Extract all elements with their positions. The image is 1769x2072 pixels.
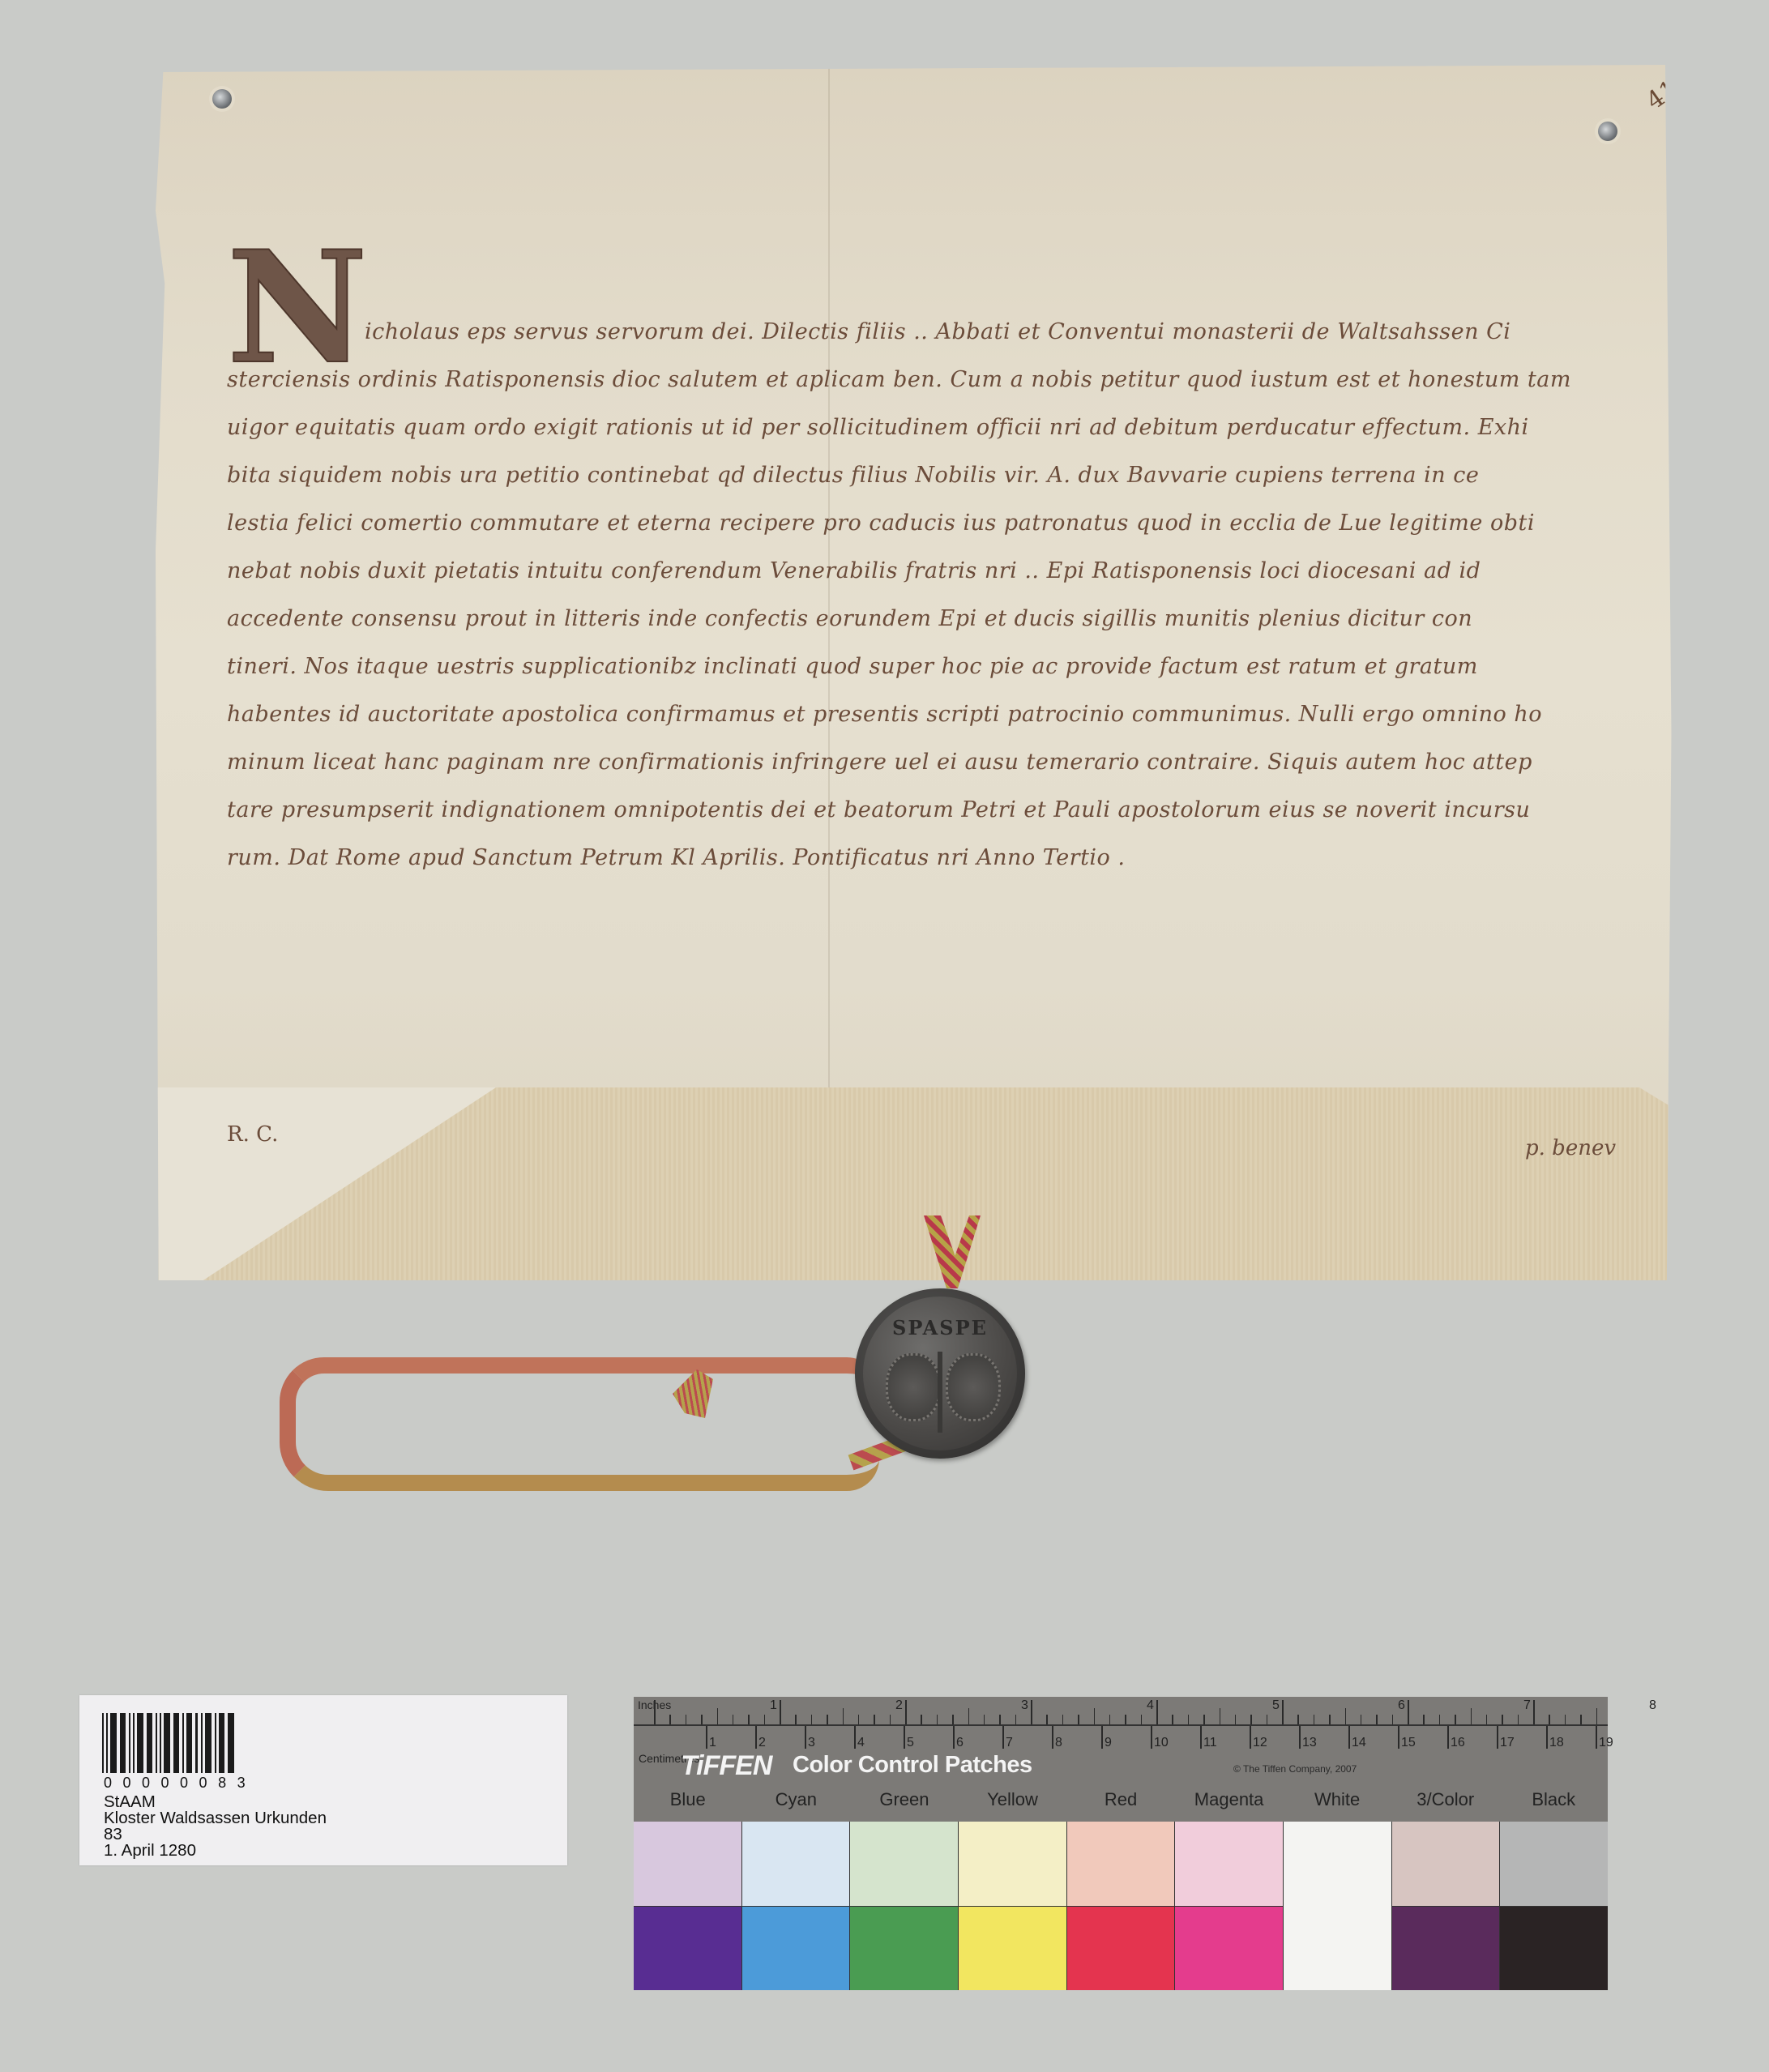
ruler-tick bbox=[1345, 1708, 1347, 1724]
text-line: uigor equitatis quam ordo exigit rationi… bbox=[227, 404, 1653, 451]
text-line: rum. Dat Rome apud Sanctum Petrum Kl Apr… bbox=[227, 834, 1653, 882]
patch-dark bbox=[1500, 1906, 1608, 1991]
ruler-tick bbox=[1596, 1726, 1597, 1749]
barcode-bar bbox=[120, 1713, 126, 1773]
margin-note-right: p. benev bbox=[1525, 1136, 1616, 1160]
color-patches bbox=[634, 1822, 1608, 1990]
patch-label: Yellow bbox=[959, 1789, 1067, 1810]
mounting-pin-icon bbox=[1598, 122, 1617, 141]
inch-tick-label: 7 bbox=[1523, 1698, 1531, 1713]
ruler-tick bbox=[1361, 1715, 1362, 1724]
patch-light bbox=[742, 1822, 850, 1906]
ruler-tick bbox=[1376, 1715, 1378, 1724]
patch-label: Red bbox=[1066, 1789, 1175, 1810]
ruler-tick bbox=[755, 1726, 757, 1749]
barcode-bar bbox=[186, 1713, 192, 1773]
ruler-tick bbox=[1392, 1715, 1394, 1724]
patch-dark bbox=[1175, 1906, 1283, 1991]
label-archive: StAAM bbox=[104, 1794, 327, 1810]
patch-labels: BlueCyanGreenYellowRedMagentaWhite3/Colo… bbox=[634, 1789, 1608, 1810]
ruler-tick bbox=[669, 1715, 671, 1724]
text-line: tare presumpserit indignationem omnipote… bbox=[227, 786, 1653, 834]
ruler-tick bbox=[1031, 1700, 1032, 1724]
label-collection: Kloster Waldsassen Urkunden bbox=[104, 1810, 327, 1826]
ruler-tick bbox=[1109, 1715, 1111, 1724]
lead-seal-bulla: SPASPE bbox=[855, 1288, 1025, 1459]
ruler-tick bbox=[701, 1715, 703, 1724]
ruler-tick bbox=[1282, 1700, 1284, 1724]
ruler-tick bbox=[904, 1726, 905, 1749]
cm-tick-label: 14 bbox=[1352, 1736, 1366, 1750]
ruler-tick bbox=[1002, 1726, 1004, 1749]
inch-tick-label: 1 bbox=[770, 1698, 777, 1713]
patch-label: White bbox=[1283, 1789, 1391, 1810]
ruler-tick bbox=[1299, 1726, 1301, 1749]
patch-label: Green bbox=[850, 1789, 959, 1810]
ruler-tick bbox=[1220, 1708, 1221, 1724]
ruler-tick bbox=[733, 1715, 734, 1724]
ruler-tick bbox=[1329, 1715, 1331, 1724]
ruler-tick bbox=[1250, 1726, 1251, 1749]
ruler-tick bbox=[1533, 1700, 1535, 1724]
text-line: accedente consensu prout in litteris ind… bbox=[227, 595, 1653, 643]
cm-tick-label: 19 bbox=[1599, 1736, 1613, 1750]
ruler-tick bbox=[1235, 1715, 1237, 1724]
ruler-tick bbox=[1502, 1715, 1503, 1724]
ruler-tick bbox=[1267, 1715, 1268, 1724]
patch-column-yellow bbox=[958, 1822, 1066, 1990]
patch-dark bbox=[742, 1906, 850, 1991]
cm-tick-label: 6 bbox=[956, 1736, 964, 1750]
ruler-tick bbox=[1141, 1715, 1143, 1724]
ruler-tick bbox=[811, 1715, 813, 1724]
barcode-bar bbox=[219, 1713, 224, 1773]
inch-tick-label: 6 bbox=[1398, 1698, 1405, 1713]
tiffen-logo: TiFFEN bbox=[681, 1750, 771, 1782]
ruler-tick bbox=[1015, 1715, 1017, 1724]
charter-parchment: 41 N icholaus eps servus servorum dei. D… bbox=[156, 65, 1677, 1280]
ruler-tick bbox=[1408, 1700, 1409, 1724]
ruler-tick bbox=[968, 1708, 970, 1724]
ruler-tick bbox=[1052, 1726, 1053, 1749]
ruler-tick bbox=[1094, 1708, 1096, 1724]
patch-label: Magenta bbox=[1175, 1789, 1284, 1810]
cm-tick-label: 3 bbox=[808, 1736, 815, 1750]
patch-column-green bbox=[849, 1822, 958, 1990]
patch-column-blue bbox=[634, 1822, 741, 1990]
inch-tick-label: 8 bbox=[1649, 1698, 1656, 1713]
patch-light bbox=[1500, 1822, 1608, 1906]
ruler-tick bbox=[1348, 1726, 1350, 1749]
cm-tick-label: 11 bbox=[1203, 1736, 1217, 1750]
cm-tick-label: 13 bbox=[1302, 1736, 1317, 1750]
ruler-tick bbox=[780, 1700, 781, 1724]
ruler-tick bbox=[1439, 1715, 1441, 1724]
patch-dark bbox=[1067, 1906, 1175, 1991]
ruler-tick bbox=[1546, 1726, 1548, 1749]
cm-tick-label: 4 bbox=[857, 1736, 865, 1750]
ruler-tick bbox=[805, 1726, 806, 1749]
ruler-tick bbox=[1565, 1715, 1566, 1724]
target-title: Color Control Patches bbox=[793, 1752, 1032, 1779]
archive-label: 00000083 StAAM Kloster Waldsassen Urkund… bbox=[79, 1695, 567, 1865]
cm-tick-label: 8 bbox=[1055, 1736, 1062, 1750]
silk-cord-loop bbox=[280, 1357, 879, 1491]
text-line: minum liceat hanc paginam nre confirmati… bbox=[227, 738, 1653, 786]
ruler-tick bbox=[1549, 1715, 1550, 1724]
ruler-tick bbox=[1471, 1708, 1472, 1724]
cm-tick-label: 15 bbox=[1401, 1736, 1416, 1750]
patch-label: Black bbox=[1500, 1789, 1609, 1810]
ruler-tick bbox=[1423, 1715, 1425, 1724]
inch-ruler: Inches 12345678 bbox=[634, 1697, 1608, 1726]
patch-label: 3/Color bbox=[1391, 1789, 1500, 1810]
seal-cross-icon bbox=[938, 1352, 942, 1433]
patch-column-cyan bbox=[741, 1822, 850, 1990]
ruler-tick bbox=[937, 1715, 938, 1724]
patch-light bbox=[1284, 1822, 1391, 1906]
ruler-tick bbox=[1151, 1726, 1152, 1749]
color-target-header: Inches 12345678 123456789101112131415161… bbox=[634, 1697, 1608, 1825]
ruler-tick bbox=[1455, 1715, 1456, 1724]
text-line: lestia felici comertio commutare et eter… bbox=[227, 499, 1653, 547]
ruler-tick bbox=[795, 1715, 797, 1724]
barcode-bar bbox=[137, 1713, 143, 1773]
cm-tick-label: 10 bbox=[1154, 1736, 1169, 1750]
barcode-bar bbox=[164, 1713, 170, 1773]
patch-column-black bbox=[1499, 1822, 1608, 1990]
ruler-tick bbox=[827, 1715, 828, 1724]
barcode-bar bbox=[110, 1713, 117, 1773]
cm-tick-label: 18 bbox=[1549, 1736, 1564, 1750]
inch-tick-label: 4 bbox=[1147, 1698, 1154, 1713]
ruler-tick bbox=[874, 1715, 875, 1724]
patch-dark bbox=[1284, 1906, 1391, 1990]
cm-tick-label: 2 bbox=[758, 1736, 766, 1750]
patch-column-3-color bbox=[1391, 1822, 1500, 1990]
seal-legend: SPASPE bbox=[855, 1316, 1025, 1339]
label-text: StAAM Kloster Waldsassen Urkunden 83 1. … bbox=[104, 1794, 327, 1859]
margin-note-left: R. C. bbox=[227, 1122, 278, 1147]
patch-light bbox=[634, 1822, 741, 1906]
text-line: sterciensis ordinis Ratisponensis dioc s… bbox=[227, 356, 1653, 404]
ruler-tick bbox=[686, 1715, 687, 1724]
inch-tick-label: 3 bbox=[1021, 1698, 1028, 1713]
barcode-bar bbox=[173, 1713, 179, 1773]
patch-column-white bbox=[1283, 1822, 1391, 1990]
patch-column-red bbox=[1066, 1822, 1175, 1990]
ruler-tick bbox=[1125, 1715, 1126, 1724]
corner-number: 41 bbox=[1641, 75, 1682, 116]
cm-tick-label: 1 bbox=[709, 1736, 716, 1750]
seal-head-peter-icon bbox=[946, 1353, 1001, 1421]
ruler-tick bbox=[1497, 1726, 1498, 1749]
barcode-digits: 00000083 bbox=[104, 1775, 256, 1792]
barcode-icon bbox=[102, 1713, 234, 1773]
ruler-tick bbox=[1250, 1715, 1252, 1724]
patch-dark bbox=[850, 1906, 958, 1991]
ruler-tick bbox=[1518, 1715, 1519, 1724]
ruler-tick bbox=[1580, 1715, 1582, 1724]
ruler-tick bbox=[1398, 1726, 1399, 1749]
ruler-tick bbox=[1203, 1715, 1205, 1724]
patch-dark bbox=[634, 1906, 741, 1991]
inch-tick-label: 2 bbox=[895, 1698, 903, 1713]
ruler-tick bbox=[1172, 1715, 1173, 1724]
barcode-bar bbox=[147, 1713, 152, 1773]
ruler-tick bbox=[1188, 1715, 1190, 1724]
ruler-tick bbox=[1596, 1708, 1598, 1724]
ruler-tick bbox=[1062, 1715, 1064, 1724]
label-date: 1. April 1280 bbox=[104, 1843, 327, 1859]
cm-tick-label: 9 bbox=[1105, 1736, 1112, 1750]
ruler-tick bbox=[843, 1708, 844, 1724]
ruler-tick bbox=[764, 1715, 766, 1724]
patch-light bbox=[1175, 1822, 1283, 1906]
ruler-tick bbox=[984, 1715, 985, 1724]
ruler-tick bbox=[921, 1715, 922, 1724]
ruler-tick bbox=[1101, 1726, 1103, 1749]
mounting-pin-icon bbox=[212, 89, 232, 109]
patch-label: Cyan bbox=[742, 1789, 851, 1810]
text-line: icholaus eps servus servorum dei. Dilect… bbox=[227, 308, 1653, 356]
text-line: tineri. Nos itaque uestris supplicationi… bbox=[227, 643, 1653, 690]
ruler-tick bbox=[1078, 1715, 1079, 1724]
centimetre-ruler: 12345678910111213141516171819 bbox=[634, 1726, 1608, 1767]
patch-column-magenta bbox=[1174, 1822, 1283, 1990]
ruler-tick bbox=[854, 1726, 856, 1749]
barcode-bar bbox=[228, 1713, 234, 1773]
ruler-tick bbox=[654, 1700, 656, 1724]
patch-light bbox=[959, 1822, 1066, 1906]
ruler-tick bbox=[1486, 1715, 1488, 1724]
cm-tick-label: 12 bbox=[1253, 1736, 1267, 1750]
text-line: habentes id auctoritate apostolica confi… bbox=[227, 690, 1653, 738]
ruler-tick bbox=[1046, 1715, 1048, 1724]
label-number: 83 bbox=[104, 1826, 327, 1843]
ruler-tick bbox=[1314, 1715, 1315, 1724]
barcode-bar bbox=[205, 1713, 212, 1773]
ruler-tick bbox=[1156, 1700, 1158, 1724]
ruler-tick bbox=[1297, 1715, 1299, 1724]
cm-tick-label: 7 bbox=[1006, 1736, 1013, 1750]
ruler-tick bbox=[1447, 1726, 1449, 1749]
patch-label: Blue bbox=[634, 1789, 742, 1810]
patch-light bbox=[1392, 1822, 1500, 1906]
ruler-tick bbox=[999, 1715, 1001, 1724]
patch-dark bbox=[1392, 1906, 1500, 1991]
inch-tick-label: 5 bbox=[1272, 1698, 1280, 1713]
ruler-tick bbox=[706, 1726, 707, 1749]
ruler-tick bbox=[1200, 1726, 1202, 1749]
ruler-tick bbox=[905, 1700, 907, 1724]
ruler-tick bbox=[717, 1708, 719, 1724]
cm-tick-label: 17 bbox=[1500, 1736, 1515, 1750]
charter-text: icholaus eps servus servorum dei. Dilect… bbox=[227, 308, 1653, 882]
ruler-tick bbox=[953, 1726, 955, 1749]
cm-tick-label: 16 bbox=[1451, 1736, 1465, 1750]
seal-head-paul-icon bbox=[886, 1353, 941, 1421]
cm-tick-label: 5 bbox=[907, 1736, 914, 1750]
patch-light bbox=[1067, 1822, 1175, 1906]
copyright: © The Tiffen Company, 2007 bbox=[1233, 1763, 1357, 1775]
text-line: bita siquidem nobis ura petitio contineb… bbox=[227, 451, 1653, 499]
ruler-tick bbox=[890, 1715, 891, 1724]
ruler-tick bbox=[858, 1715, 860, 1724]
ruler-tick bbox=[748, 1715, 750, 1724]
patch-light bbox=[850, 1822, 958, 1906]
ruler-tick bbox=[952, 1715, 954, 1724]
text-line: nebat nobis duxit pietatis intuitu confe… bbox=[227, 547, 1653, 595]
patch-dark bbox=[959, 1906, 1066, 1991]
